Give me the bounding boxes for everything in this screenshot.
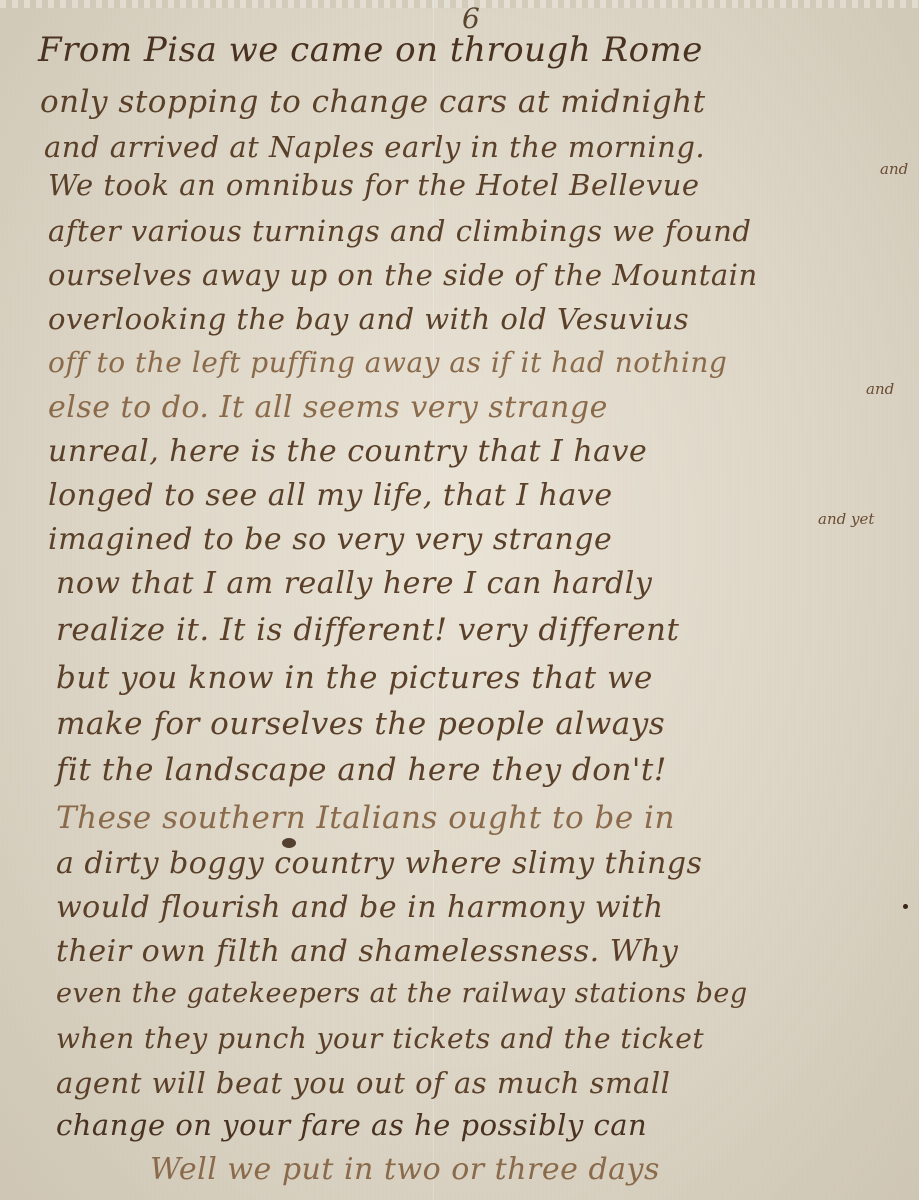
letter-line-8: off to the left puffing away as if it ha… <box>48 346 727 379</box>
letter-line-12: imagined to be so very very strange <box>48 522 612 557</box>
letter-line-1: From Pisa we came on through Rome <box>38 30 703 70</box>
letter-line-6: ourselves away up on the side of the Mou… <box>48 258 758 292</box>
ink-blot <box>282 838 296 848</box>
insertion-and-2: and <box>866 380 894 398</box>
ink-dot <box>903 904 908 909</box>
insertion-and-yet: and yet <box>818 510 874 528</box>
letter-line-15: but you know in the pictures that we <box>56 660 653 696</box>
letter-line-9: else to do. It all seems very strange <box>48 390 608 425</box>
letter-line-2: only stopping to change cars at midnight <box>40 84 706 120</box>
letter-line-4: We took an omnibus for the Hotel Bellevu… <box>48 168 700 202</box>
letter-line-25: change on your fare as he possibly can <box>56 1108 647 1142</box>
letter-page: 6 From Pisa we came on through Rome only… <box>0 0 919 1200</box>
letter-line-24: agent will beat you out of as much small <box>56 1066 670 1100</box>
letter-line-13: now that I am really here I can hardly <box>56 566 652 601</box>
torn-top-edge <box>0 0 919 8</box>
letter-line-19: a dirty boggy country where slimy things <box>56 846 702 881</box>
letter-line-10: unreal, here is the country that I have <box>48 434 647 469</box>
letter-line-3: and arrived at Naples early in the morni… <box>44 130 705 164</box>
letter-line-11: longed to see all my life, that I have <box>48 478 613 513</box>
letter-line-23: when they punch your tickets and the tic… <box>56 1022 704 1055</box>
letter-line-20: would flourish and be in harmony with <box>56 890 664 925</box>
letter-line-5: after various turnings and climbings we … <box>48 214 752 248</box>
letter-line-21: their own filth and shamelessness. Why <box>56 934 678 969</box>
letter-line-17: fit the landscape and here they don't! <box>56 752 667 788</box>
insertion-and-1: and <box>880 160 908 178</box>
letter-line-7: overlooking the bay and with old Vesuviu… <box>48 302 689 336</box>
letter-line-26: Well we put in two or three days <box>150 1152 660 1187</box>
letter-line-14: realize it. It is different! very differ… <box>56 612 679 648</box>
letter-line-18: These southern Italians ought to be in <box>56 800 675 836</box>
letter-line-16: make for ourselves the people always <box>56 706 665 742</box>
letter-line-22: even the gatekeepers at the railway stat… <box>56 978 748 1009</box>
